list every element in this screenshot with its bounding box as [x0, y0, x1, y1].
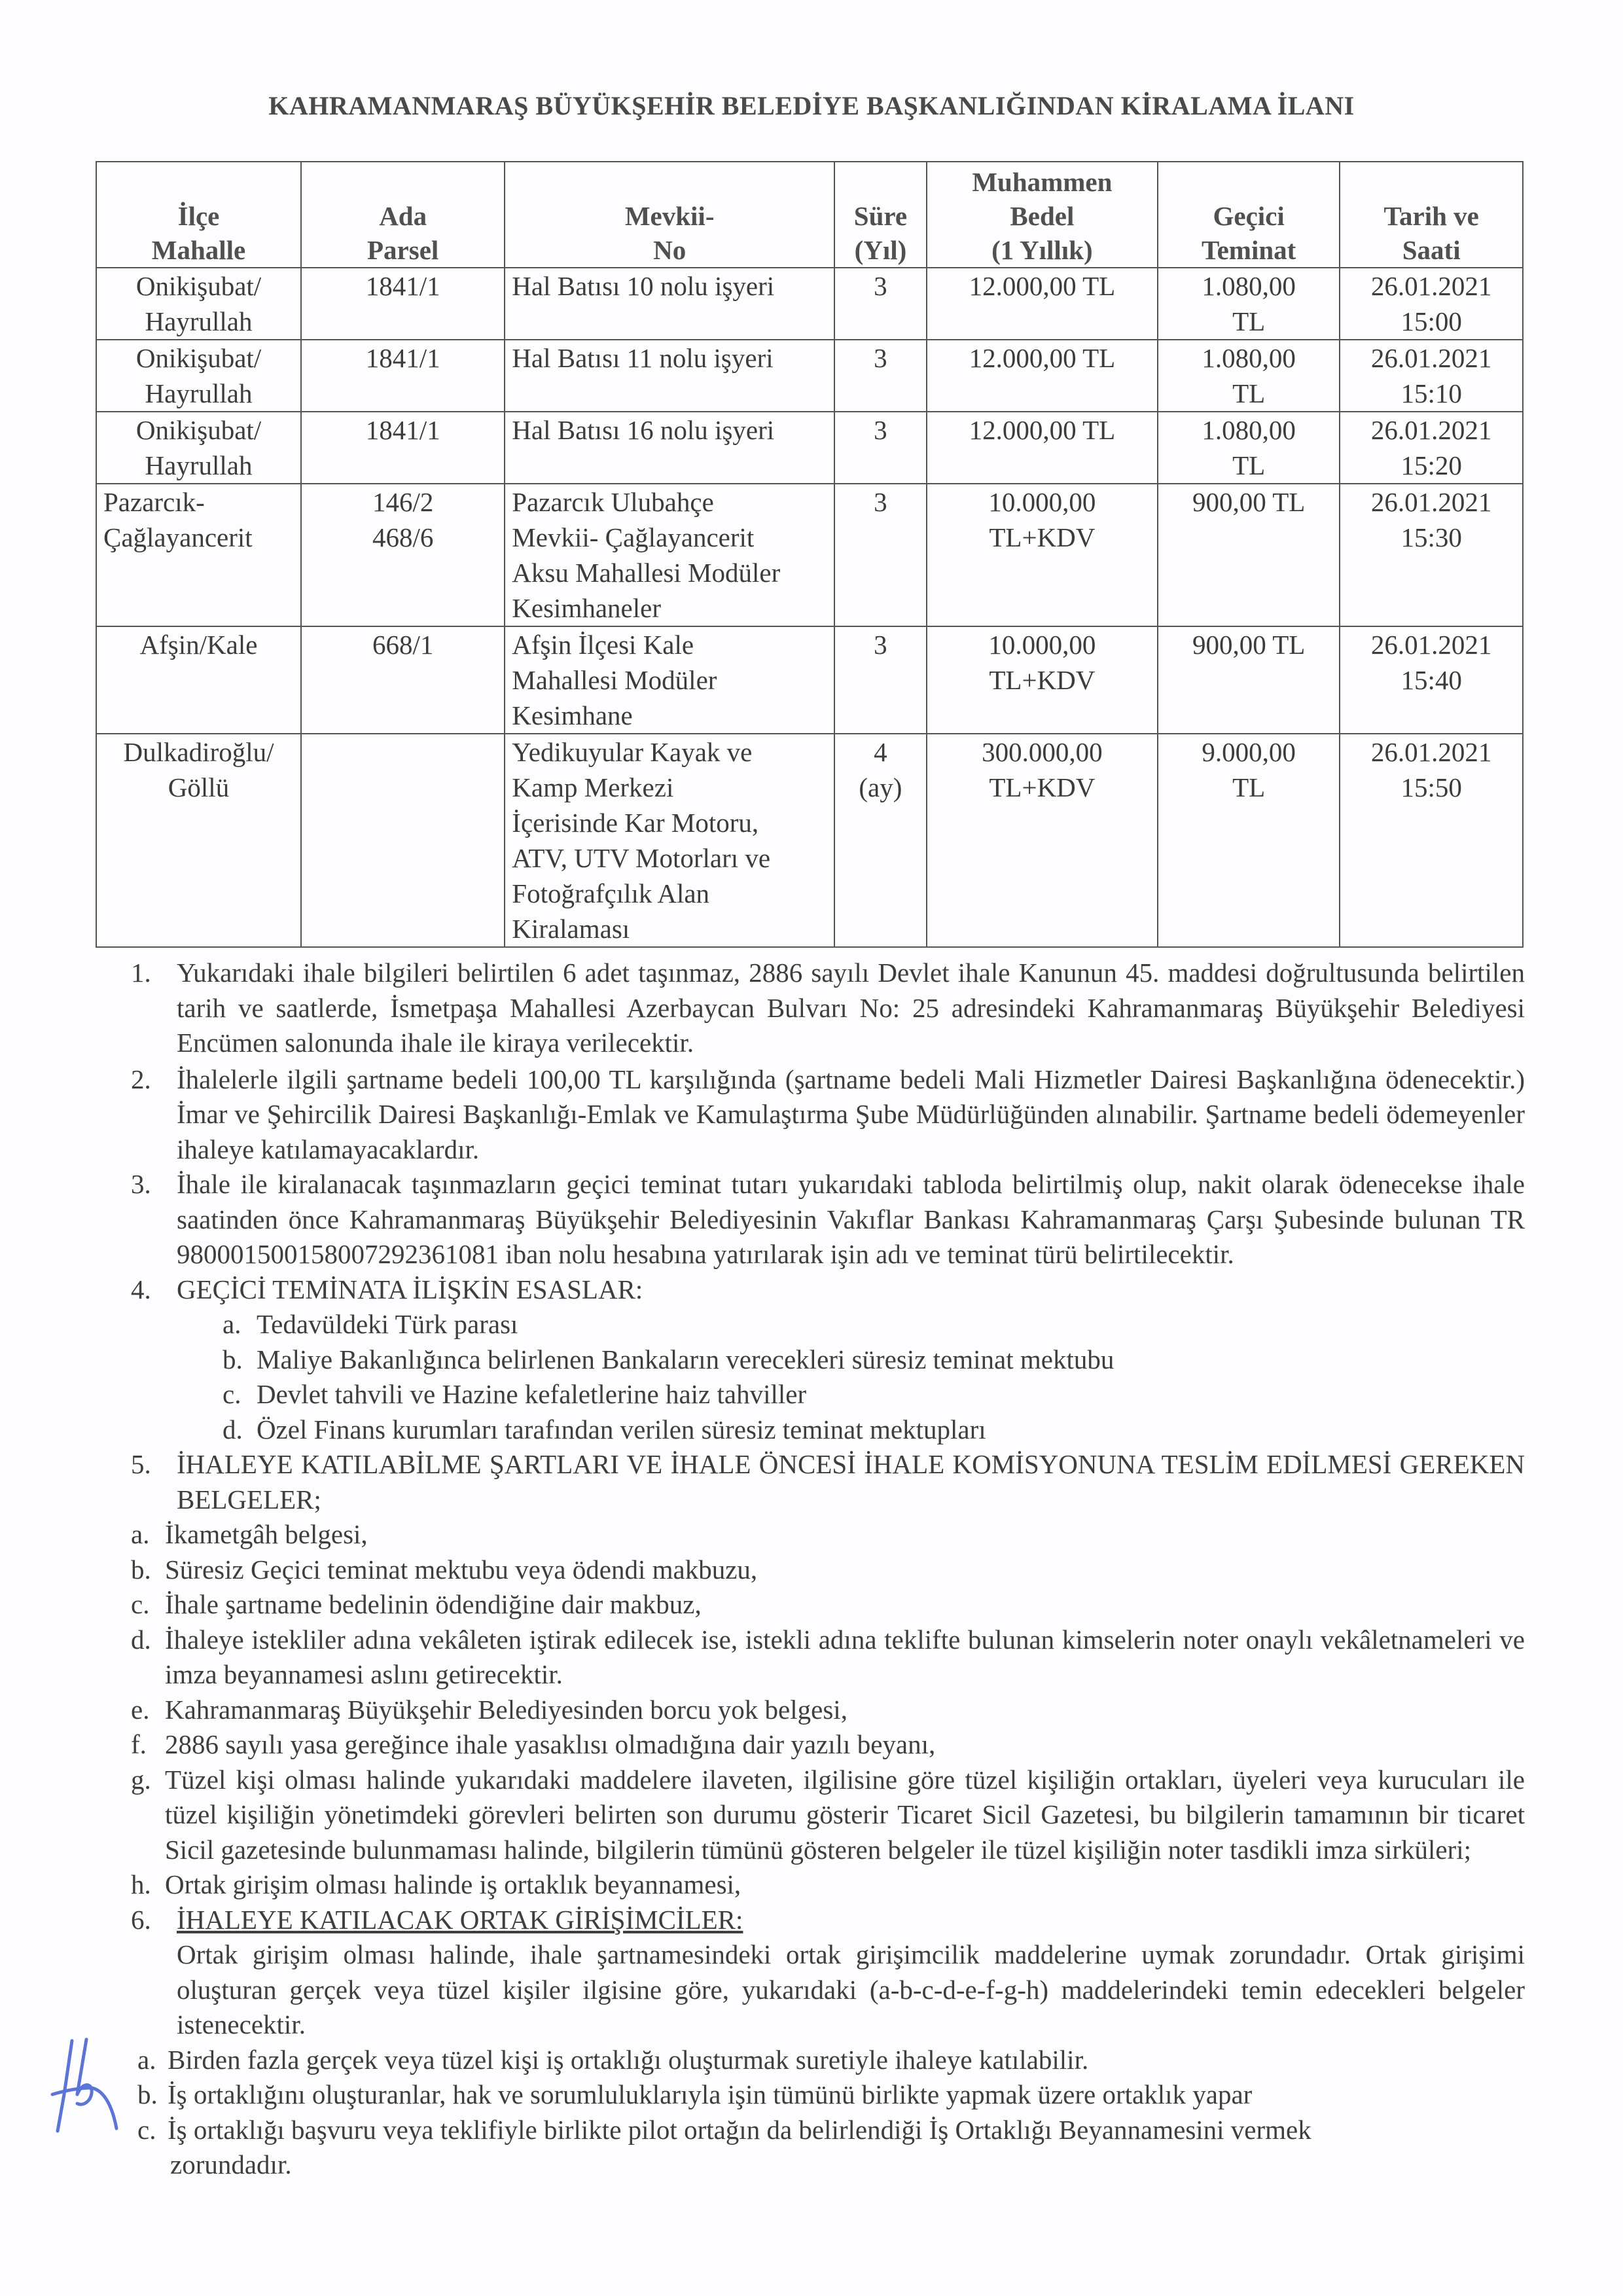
cell-line: Mahallesi Modüler [512, 662, 827, 698]
header-line: Mevkii- [512, 199, 827, 233]
cell-ada-parsel: 146/2468/6 [301, 484, 505, 626]
cell-line: 15:50 [1347, 770, 1516, 805]
cell-line: Hal Batısı 10 nolu işyeri [512, 268, 827, 304]
cell-line: 146/2 [308, 484, 497, 520]
paragraph-5: 5. İHALEYE KATILABİLME ŞARTLARI VE İHALE… [131, 1447, 1525, 1517]
cell-line: Hayrullah [103, 376, 294, 411]
header-line: İlçe [103, 199, 294, 233]
list-item-letter: a. [137, 2043, 156, 2078]
list-item-text: İş ortaklığı başvuru veya teklifiyle bir… [168, 2115, 1311, 2145]
cell-line: 15:10 [1347, 376, 1516, 411]
cell-line: 26.01.2021 [1347, 412, 1516, 448]
cell-line: 10.000,00 [934, 484, 1150, 520]
paragraph-1: 1. Yukarıdaki ihale bilgileri belirtilen… [131, 956, 1525, 1061]
cell-mevkii-no: Hal Batısı 16 nolu işyeri [505, 412, 834, 484]
cell-line: 26.01.2021 [1347, 268, 1516, 304]
cell-line: Kamp Merkezi [512, 770, 827, 805]
cell-ilce-mahalle: Onikişubat/Hayrullah [96, 340, 301, 412]
cell-line: 26.01.2021 [1347, 627, 1516, 662]
cell-line: 900,00 TL [1165, 484, 1332, 520]
cell-muhammen-bedel: 10.000,00TL+KDV [927, 626, 1158, 734]
cell-sure: 3 [834, 626, 927, 734]
cell-line: Hayrullah [103, 448, 294, 483]
list-item-letter: g. [131, 1763, 151, 1798]
list-item-letter: c. [131, 1587, 149, 1623]
header-muhammen-bedel: MuhammenBedel(1 Yıllık) [927, 162, 1158, 268]
paragraph-4: 4. GEÇİCİ TEMİNATA İLİŞKİN ESASLAR: [131, 1272, 1525, 1308]
cell-ada-parsel [301, 734, 505, 947]
cell-line: Hal Batısı 16 nolu işyeri [512, 412, 827, 448]
cell-line: 1841/1 [308, 412, 497, 448]
paragraph-number: 3. [131, 1167, 151, 1202]
cell-muhammen-bedel: 10.000,00TL+KDV [927, 484, 1158, 626]
cell-line: Onikişubat/ [103, 268, 294, 304]
cell-line: 9.000,00 [1165, 734, 1332, 770]
cell-muhammen-bedel: 300.000,00TL+KDV [927, 734, 1158, 947]
paragraph-text: İhalelerle ilgili şartname bedeli 100,00… [177, 1064, 1525, 1164]
header-line: Tarih ve [1347, 199, 1516, 233]
cell-sure: 4(ay) [834, 734, 927, 947]
paragraph-heading: GEÇİCİ TEMİNATA İLİŞKİN ESASLAR: [177, 1274, 643, 1304]
cell-line: 3 [842, 484, 919, 520]
cell-muhammen-bedel: 12.000,00 TL [927, 340, 1158, 412]
list-item: c.Devlet tahvili ve Hazine kefaletlerine… [223, 1377, 1525, 1412]
cell-line: TL [1165, 448, 1332, 483]
cell-line: Pazarcık Ulubahçe [512, 484, 827, 520]
cell-line: TL+KDV [934, 770, 1150, 805]
cell-line: (ay) [842, 770, 919, 805]
paragraph-heading: İHALEYE KATILABİLME ŞARTLARI VE İHALE ÖN… [177, 1449, 1525, 1515]
cell-line: 3 [842, 412, 919, 448]
cell-line: Aksu Mahallesi Modüler [512, 555, 827, 590]
cell-line: 1.080,00 [1165, 340, 1332, 376]
list-item-letter: d. [223, 1412, 243, 1448]
list-item: b.Maliye Bakanlığınca belirlenen Bankala… [223, 1342, 1525, 1378]
list-item-letter: a. [223, 1307, 241, 1342]
cell-line: Kesimhaneler [512, 590, 827, 626]
joint-venture-body: Ortak girişim olması halinde, ihale şart… [131, 1937, 1525, 2043]
list-item-text: Birden fazla gerçek veya tüzel kişi iş o… [168, 2045, 1088, 2075]
list-item-text: İhaleye istekliler adına vekâleten iştir… [165, 1624, 1525, 1690]
list-item-text: Kahramanmaraş Büyükşehir Belediyesinden … [165, 1695, 847, 1725]
header-line: Süre [842, 199, 919, 233]
list-item-letter: a. [131, 1517, 149, 1552]
cell-line: 15:00 [1347, 304, 1516, 339]
signature-icon [39, 2022, 131, 2140]
cell-sure: 3 [834, 484, 927, 626]
announcement-body: 1. Yukarıdaki ihale bilgileri belirtilen… [131, 956, 1525, 2183]
table-header-row: İlçeMahalle AdaParsel Mevkii-No Süre(Yıl… [96, 162, 1523, 268]
paragraph-number: 2. [131, 1062, 151, 1098]
cell-line: 4 [842, 734, 919, 770]
list-item: b.Süresiz Geçici teminat mektubu veya öd… [131, 1552, 1525, 1588]
header-line: Muhammen [934, 165, 1150, 199]
cell-line: ATV, UTV Motorları ve [512, 840, 827, 876]
cell-line: Afşin İlçesi Kale [512, 627, 827, 662]
cell-tarih-saati: 26.01.202115:30 [1340, 484, 1523, 626]
cell-sure: 3 [834, 412, 927, 484]
list-item-text: İhale şartname bedelinin ödendiğine dair… [165, 1589, 702, 1619]
joint-venture-list: a.Birden fazla gerçek veya tüzel kişi iş… [131, 2043, 1525, 2148]
cell-ada-parsel: 1841/1 [301, 268, 505, 340]
cell-gecici-teminat: 900,00 TL [1158, 484, 1340, 626]
list-item: b.İş ortaklığını oluşturanlar, hak ve so… [137, 2077, 1525, 2113]
list-item-text: Tedavüldeki Türk parası [257, 1309, 518, 1339]
list-item: c.İhale şartname bedelinin ödendiğine da… [131, 1587, 1525, 1623]
cell-line: 15:40 [1347, 662, 1516, 698]
cell-sure: 3 [834, 340, 927, 412]
paragraph-text: Yukarıdaki ihale bilgileri belirtilen 6 … [177, 958, 1525, 1058]
header-line: Saati [1347, 233, 1516, 267]
cell-line: 1.080,00 [1165, 268, 1332, 304]
header-line: Parsel [308, 233, 497, 267]
cell-tarih-saati: 26.01.202115:40 [1340, 626, 1523, 734]
paragraph-2: 2. İhalelerle ilgili şartname bedeli 100… [131, 1062, 1525, 1168]
cell-gecici-teminat: 1.080,00TL [1158, 340, 1340, 412]
cell-line: 15:30 [1347, 520, 1516, 555]
rental-table: İlçeMahalle AdaParsel Mevkii-No Süre(Yıl… [96, 161, 1524, 948]
table-row: Onikişubat/Hayrullah1841/1Hal Batısı 11 … [96, 340, 1523, 412]
cell-gecici-teminat: 900,00 TL [1158, 626, 1340, 734]
signature-drawing [39, 2022, 131, 2140]
cell-ilce-mahalle: Afşin/Kale [96, 626, 301, 734]
cell-line: 12.000,00 TL [934, 268, 1150, 304]
cell-line: 3 [842, 268, 919, 304]
cell-line: 26.01.2021 [1347, 340, 1516, 376]
cell-line: 15:20 [1347, 448, 1516, 483]
header-line: Mahalle [103, 233, 294, 267]
required-documents-list: a.İkametgâh belgesi,b.Süresiz Geçici tem… [131, 1517, 1525, 1903]
list-item: d.İhaleye istekliler adına vekâleten işt… [131, 1623, 1525, 1693]
list-item-letter: b. [137, 2077, 158, 2113]
cell-line: 3 [842, 340, 919, 376]
list-item: c.İş ortaklığı başvuru veya teklifiyle b… [137, 2113, 1525, 2148]
list-item-text: İş ortaklığını oluşturanlar, hak ve soru… [168, 2079, 1252, 2109]
cell-line: 1841/1 [308, 268, 497, 304]
cell-tarih-saati: 26.01.202115:50 [1340, 734, 1523, 947]
header-line: Bedel [934, 199, 1150, 233]
cell-line: Afşin/Kale [103, 627, 294, 662]
cell-tarih-saati: 26.01.202115:10 [1340, 340, 1523, 412]
cell-tarih-saati: 26.01.202115:20 [1340, 412, 1523, 484]
list-item-text: İkametgâh belgesi, [165, 1519, 368, 1549]
list-item: g.Tüzel kişi olması halinde yukarıdaki m… [131, 1763, 1525, 1868]
list-item-text: Özel Finans kurumları tarafından verilen… [257, 1414, 986, 1444]
cell-line: 668/1 [308, 627, 497, 662]
cell-line: Hayrullah [103, 304, 294, 339]
list-item-text: 2886 sayılı yasa gereğince ihale yasaklı… [165, 1729, 935, 1759]
header-line: Geçici [1165, 199, 1332, 233]
cell-mevkii-no: Yedikuyular Kayak veKamp Merkeziİçerisin… [505, 734, 834, 947]
list-item-letter: b. [131, 1552, 151, 1588]
joint-venture-closing: zorundadır. [131, 2147, 1525, 2183]
header-line: (1 Yıllık) [934, 233, 1150, 267]
cell-muhammen-bedel: 12.000,00 TL [927, 412, 1158, 484]
cell-sure: 3 [834, 268, 927, 340]
cell-line: Çağlayancerit [103, 520, 294, 555]
cell-line: İçerisinde Kar Motoru, [512, 805, 827, 840]
cell-line: 3 [842, 627, 919, 662]
cell-line: Onikişubat/ [103, 412, 294, 448]
cell-ilce-mahalle: Pazarcık-Çağlayancerit [96, 484, 301, 626]
cell-line: 300.000,00 [934, 734, 1150, 770]
cell-line: 12.000,00 TL [934, 412, 1150, 448]
table-row: Onikişubat/Hayrullah1841/1Hal Batısı 10 … [96, 268, 1523, 340]
paragraph-text: İhale ile kiralanacak taşınmazların geçi… [177, 1169, 1525, 1269]
cell-mevkii-no: Afşin İlçesi KaleMahallesi ModülerKesimh… [505, 626, 834, 734]
list-item-letter: c. [137, 2113, 156, 2148]
cell-line: 26.01.2021 [1347, 484, 1516, 520]
table-row: Dulkadiroğlu/GöllüYedikuyular Kayak veKa… [96, 734, 1523, 947]
cell-ilce-mahalle: Onikişubat/Hayrullah [96, 412, 301, 484]
cell-line: Hal Batısı 11 nolu işyeri [512, 340, 827, 376]
table-row: Onikişubat/Hayrullah1841/1Hal Batısı 16 … [96, 412, 1523, 484]
header-line: No [512, 233, 827, 267]
cell-line: 900,00 TL [1165, 627, 1332, 662]
cell-line: TL [1165, 304, 1332, 339]
cell-line: Göllü [103, 770, 294, 805]
paragraph-number: 1. [131, 956, 151, 991]
cell-line: TL [1165, 376, 1332, 411]
list-item: a.İkametgâh belgesi, [131, 1517, 1525, 1552]
cell-line: Pazarcık- [103, 484, 294, 520]
cell-ilce-mahalle: Onikişubat/Hayrullah [96, 268, 301, 340]
collateral-list: a.Tedavüldeki Türk parasıb.Maliye Bakanl… [131, 1307, 1525, 1447]
header-line: (Yıl) [842, 233, 919, 267]
cell-line: 1.080,00 [1165, 412, 1332, 448]
cell-line: Mevkii- Çağlayancerit [512, 520, 827, 555]
paragraph-number: 4. [131, 1272, 151, 1308]
cell-ilce-mahalle: Dulkadiroğlu/Göllü [96, 734, 301, 947]
header-ilce-mahalle: İlçeMahalle [96, 162, 301, 268]
cell-line: TL+KDV [934, 662, 1150, 698]
paragraph-heading: İHALEYE KATILACAK ORTAK GİRİŞİMCİLER: [177, 1905, 743, 1935]
cell-line: 10.000,00 [934, 627, 1150, 662]
list-item-letter: d. [131, 1623, 151, 1658]
table-row: Pazarcık-Çağlayancerit146/2468/6Pazarcık… [96, 484, 1523, 626]
cell-line: Kiralaması [512, 911, 827, 946]
cell-line: Kesimhane [512, 698, 827, 733]
cell-line: 1841/1 [308, 340, 497, 376]
paragraph-3: 3. İhale ile kiralanacak taşınmazların g… [131, 1167, 1525, 1272]
paragraph-number: 6. [131, 1903, 151, 1938]
cell-line: 26.01.2021 [1347, 734, 1516, 770]
cell-line: Onikişubat/ [103, 340, 294, 376]
cell-line: 468/6 [308, 520, 497, 555]
cell-mevkii-no: Pazarcık UlubahçeMevkii- ÇağlayanceritAk… [505, 484, 834, 626]
list-item-text: Tüzel kişi olması halinde yukarıdaki mad… [165, 1765, 1525, 1865]
cell-line: Fotoğrafçılık Alan [512, 876, 827, 911]
list-item: h.Ortak girişim olması halinde iş ortakl… [131, 1867, 1525, 1903]
paragraph-6: 6. İHALEYE KATILACAK ORTAK GİRİŞİMCİLER: [131, 1903, 1525, 1938]
cell-line: Dulkadiroğlu/ [103, 734, 294, 770]
list-item: a.Birden fazla gerçek veya tüzel kişi iş… [137, 2043, 1525, 2078]
list-item-text: Ortak girişim olması halinde iş ortaklık… [165, 1869, 741, 1899]
list-item-text: Maliye Bakanlığınca belirlenen Bankaları… [257, 1344, 1114, 1374]
list-item: f.2886 sayılı yasa gereğince ihale yasak… [131, 1727, 1525, 1763]
list-item: e.Kahramanmaraş Büyükşehir Belediyesinde… [131, 1693, 1525, 1728]
cell-ada-parsel: 668/1 [301, 626, 505, 734]
header-tarih-saati: Tarih veSaati [1340, 162, 1523, 268]
list-item: a.Tedavüldeki Türk parası [223, 1307, 1525, 1342]
cell-line: Yedikuyular Kayak ve [512, 734, 827, 770]
cell-gecici-teminat: 1.080,00TL [1158, 412, 1340, 484]
cell-line: 12.000,00 TL [934, 340, 1150, 376]
cell-gecici-teminat: 1.080,00TL [1158, 268, 1340, 340]
list-item-letter: h. [131, 1867, 151, 1903]
list-item-letter: b. [223, 1342, 243, 1378]
header-gecici-teminat: GeçiciTeminat [1158, 162, 1340, 268]
cell-ada-parsel: 1841/1 [301, 412, 505, 484]
table-row: Afşin/Kale668/1Afşin İlçesi KaleMahalles… [96, 626, 1523, 734]
header-line: Teminat [1165, 233, 1332, 267]
cell-tarih-saati: 26.01.202115:00 [1340, 268, 1523, 340]
list-item: d.Özel Finans kurumları tarafından veril… [223, 1412, 1525, 1448]
list-item-text: Devlet tahvili ve Hazine kefaletlerine h… [257, 1379, 806, 1409]
page-title: KAHRAMANMARAŞ BÜYÜKŞEHİR BELEDİYE BAŞKAN… [0, 90, 1623, 121]
cell-muhammen-bedel: 12.000,00 TL [927, 268, 1158, 340]
cell-ada-parsel: 1841/1 [301, 340, 505, 412]
cell-line: TL+KDV [934, 520, 1150, 555]
cell-mevkii-no: Hal Batısı 11 nolu işyeri [505, 340, 834, 412]
header-mevkii-no: Mevkii-No [505, 162, 834, 268]
header-sure: Süre(Yıl) [834, 162, 927, 268]
cell-gecici-teminat: 9.000,00TL [1158, 734, 1340, 947]
list-item-text: Süresiz Geçici teminat mektubu veya öden… [165, 1554, 757, 1585]
list-item-letter: c. [223, 1377, 241, 1412]
header-line: Ada [308, 199, 497, 233]
header-ada-parsel: AdaParsel [301, 162, 505, 268]
list-item-letter: f. [131, 1727, 147, 1763]
cell-line: TL [1165, 770, 1332, 805]
cell-mevkii-no: Hal Batısı 10 nolu işyeri [505, 268, 834, 340]
paragraph-number: 5. [131, 1447, 151, 1482]
list-item-letter: e. [131, 1693, 149, 1728]
